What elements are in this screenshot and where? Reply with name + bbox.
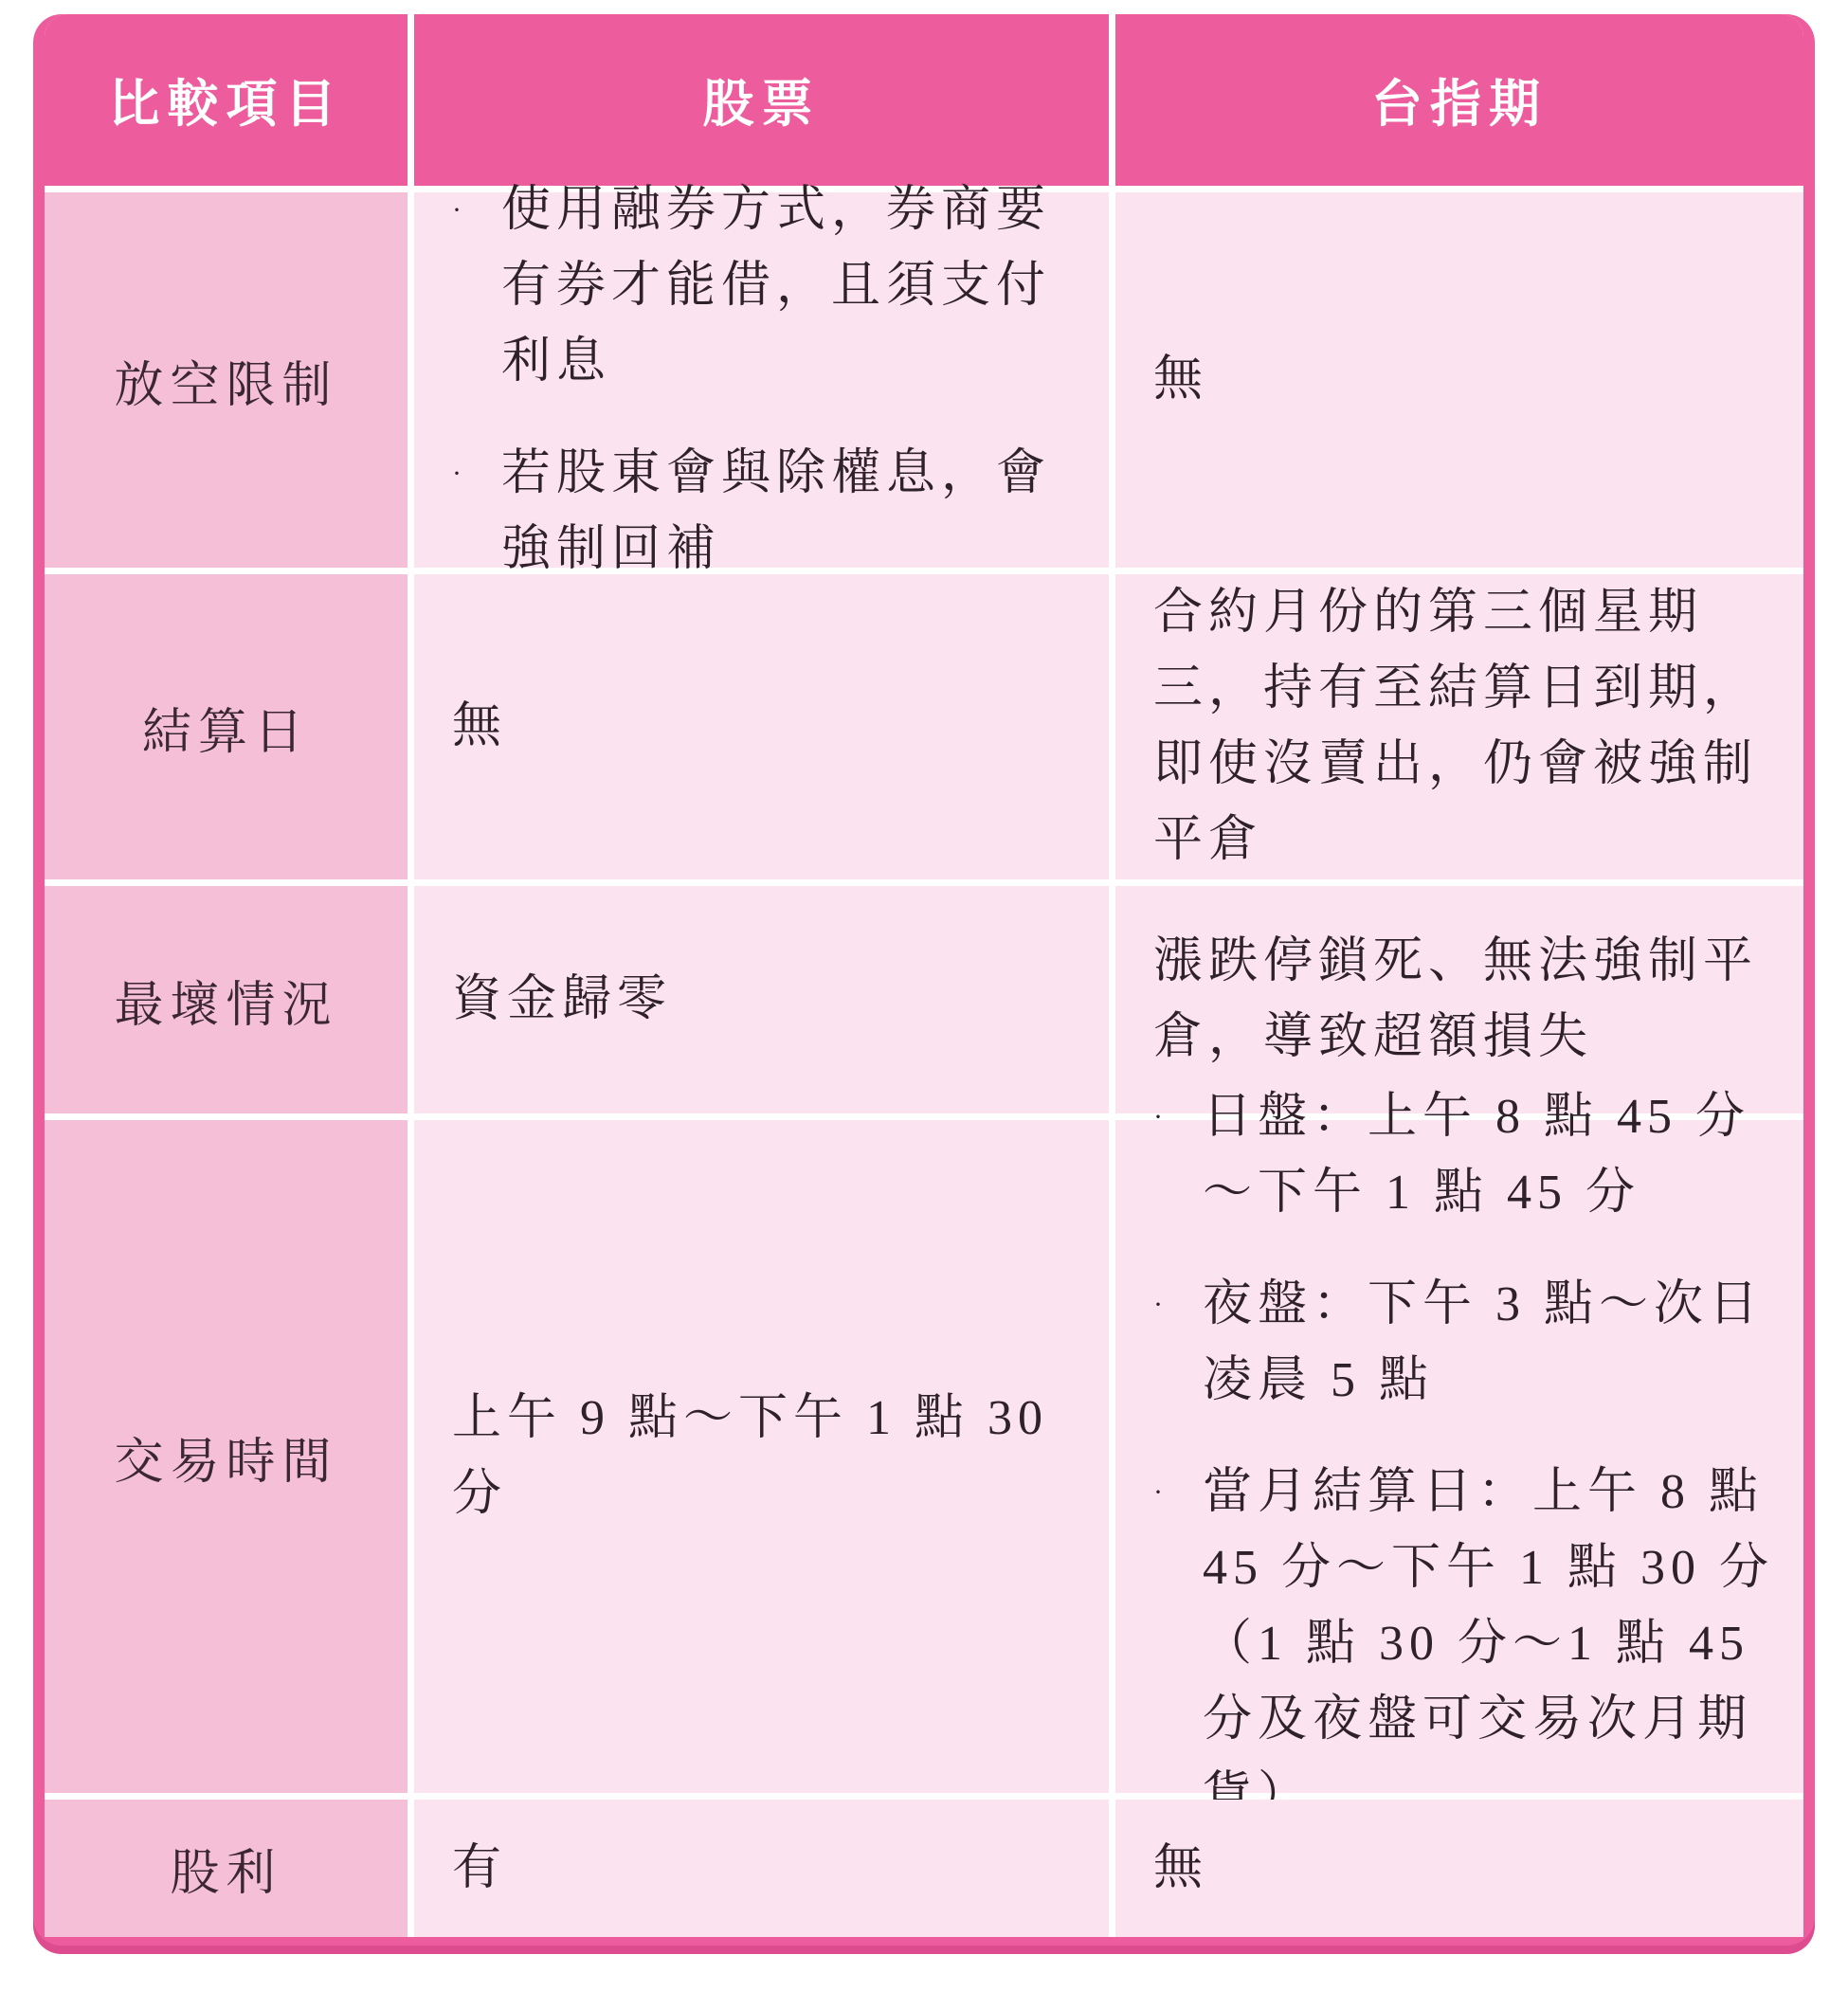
comparison-table-card: 比較項目 股票 台指期 放空限制 · 使用融券方式，券商要有券才能借，且須支付利… xyxy=(33,14,1815,1954)
cell-text: 漲跌停鎖死、無法強制平倉，導致超額損失 xyxy=(1153,924,1777,1076)
cell-text: 無 xyxy=(452,689,1082,765)
row-label-settlement-date: 結算日 xyxy=(45,574,408,879)
cell-futures-dividend: 無 xyxy=(1115,1800,1803,1937)
bullet-text: 若股東會與除權息，會強制回補 xyxy=(501,436,1082,588)
header-cell-stock: 股票 xyxy=(414,14,1109,186)
row-label-dividend: 股利 xyxy=(45,1800,408,1937)
cell-text: 資金歸零 xyxy=(452,962,1082,1038)
row-label-text: 放空限制 xyxy=(114,345,337,416)
header-label: 股票 xyxy=(703,63,821,136)
bullet-item: · 夜盤：下午 3 點～次日凌晨 5 點 xyxy=(1153,1267,1777,1419)
bullet-item: · 若股東會與除權息，會強制回補 xyxy=(452,436,1082,588)
cell-futures-trading-hours: · 日盤：上午 8 點 45 分～下午 1 點 45 分 · 夜盤：下午 3 點… xyxy=(1115,1120,1803,1793)
bullet-item: · 當月結算日：上午 8 點 45 分～下午 1 點 30 分（1 點 30 分… xyxy=(1153,1455,1777,1834)
bullet-text: 使用融券方式，券商要有券才能借，且須支付利息 xyxy=(501,172,1082,400)
bullet-item: · 日盤：上午 8 點 45 分～下午 1 點 45 分 xyxy=(1153,1079,1777,1231)
cell-text: 有 xyxy=(452,1831,1082,1907)
comparison-table: 比較項目 股票 台指期 放空限制 · 使用融券方式，券商要有券才能借，且須支付利… xyxy=(45,14,1803,1937)
header-label: 台指期 xyxy=(1371,63,1548,136)
header-cell-compare-item: 比較項目 xyxy=(45,14,408,186)
header-cell-futures: 台指期 xyxy=(1115,14,1803,186)
cell-text: 合約月份的第三個星期三，持有至結算日到期，即使沒賣出，仍會被強制平倉 xyxy=(1153,575,1777,878)
row-label-text: 結算日 xyxy=(142,692,310,763)
bullet-item: · 使用融券方式，券商要有券才能借，且須支付利息 xyxy=(452,172,1082,400)
cell-stock-short-selling-limit: · 使用融券方式，券商要有券才能借，且須支付利息 · 若股東會與除權息，會強制回… xyxy=(414,192,1109,568)
cell-stock-dividend: 有 xyxy=(414,1800,1109,1937)
cell-stock-worst-case: 資金歸零 xyxy=(414,886,1109,1113)
header-label: 比較項目 xyxy=(109,63,344,136)
cell-text: 無 xyxy=(1153,342,1777,418)
cell-futures-settlement-date: 合約月份的第三個星期三，持有至結算日到期，即使沒賣出，仍會被強制平倉 xyxy=(1115,574,1803,879)
bullet-dot: · xyxy=(452,436,501,512)
cell-stock-trading-hours: 上午 9 點～下午 1 點 30 分 xyxy=(414,1120,1109,1793)
bullet-dot: · xyxy=(1153,1079,1203,1155)
row-label-short-selling-limit: 放空限制 xyxy=(45,192,408,568)
bullet-dot: · xyxy=(1153,1455,1203,1530)
bullet-text: 當月結算日：上午 8 點 45 分～下午 1 點 30 分（1 點 30 分～1… xyxy=(1203,1455,1777,1834)
cell-text: 上午 9 點～下午 1 點 30 分 xyxy=(452,1381,1082,1532)
row-label-text: 交易時間 xyxy=(114,1421,337,1493)
bullet-text: 夜盤：下午 3 點～次日凌晨 5 點 xyxy=(1203,1267,1777,1419)
cell-stock-settlement-date: 無 xyxy=(414,574,1109,879)
bullet-text: 日盤：上午 8 點 45 分～下午 1 點 45 分 xyxy=(1203,1079,1777,1231)
row-label-text: 股利 xyxy=(170,1833,281,1904)
cell-futures-short-selling-limit: 無 xyxy=(1115,192,1803,568)
row-label-trading-hours: 交易時間 xyxy=(45,1120,408,1793)
row-label-text: 最壞情況 xyxy=(114,965,337,1036)
bullet-dot: · xyxy=(1153,1267,1203,1343)
row-label-worst-case: 最壞情況 xyxy=(45,886,408,1113)
cell-text: 無 xyxy=(1153,1831,1777,1907)
bullet-dot: · xyxy=(452,172,501,248)
